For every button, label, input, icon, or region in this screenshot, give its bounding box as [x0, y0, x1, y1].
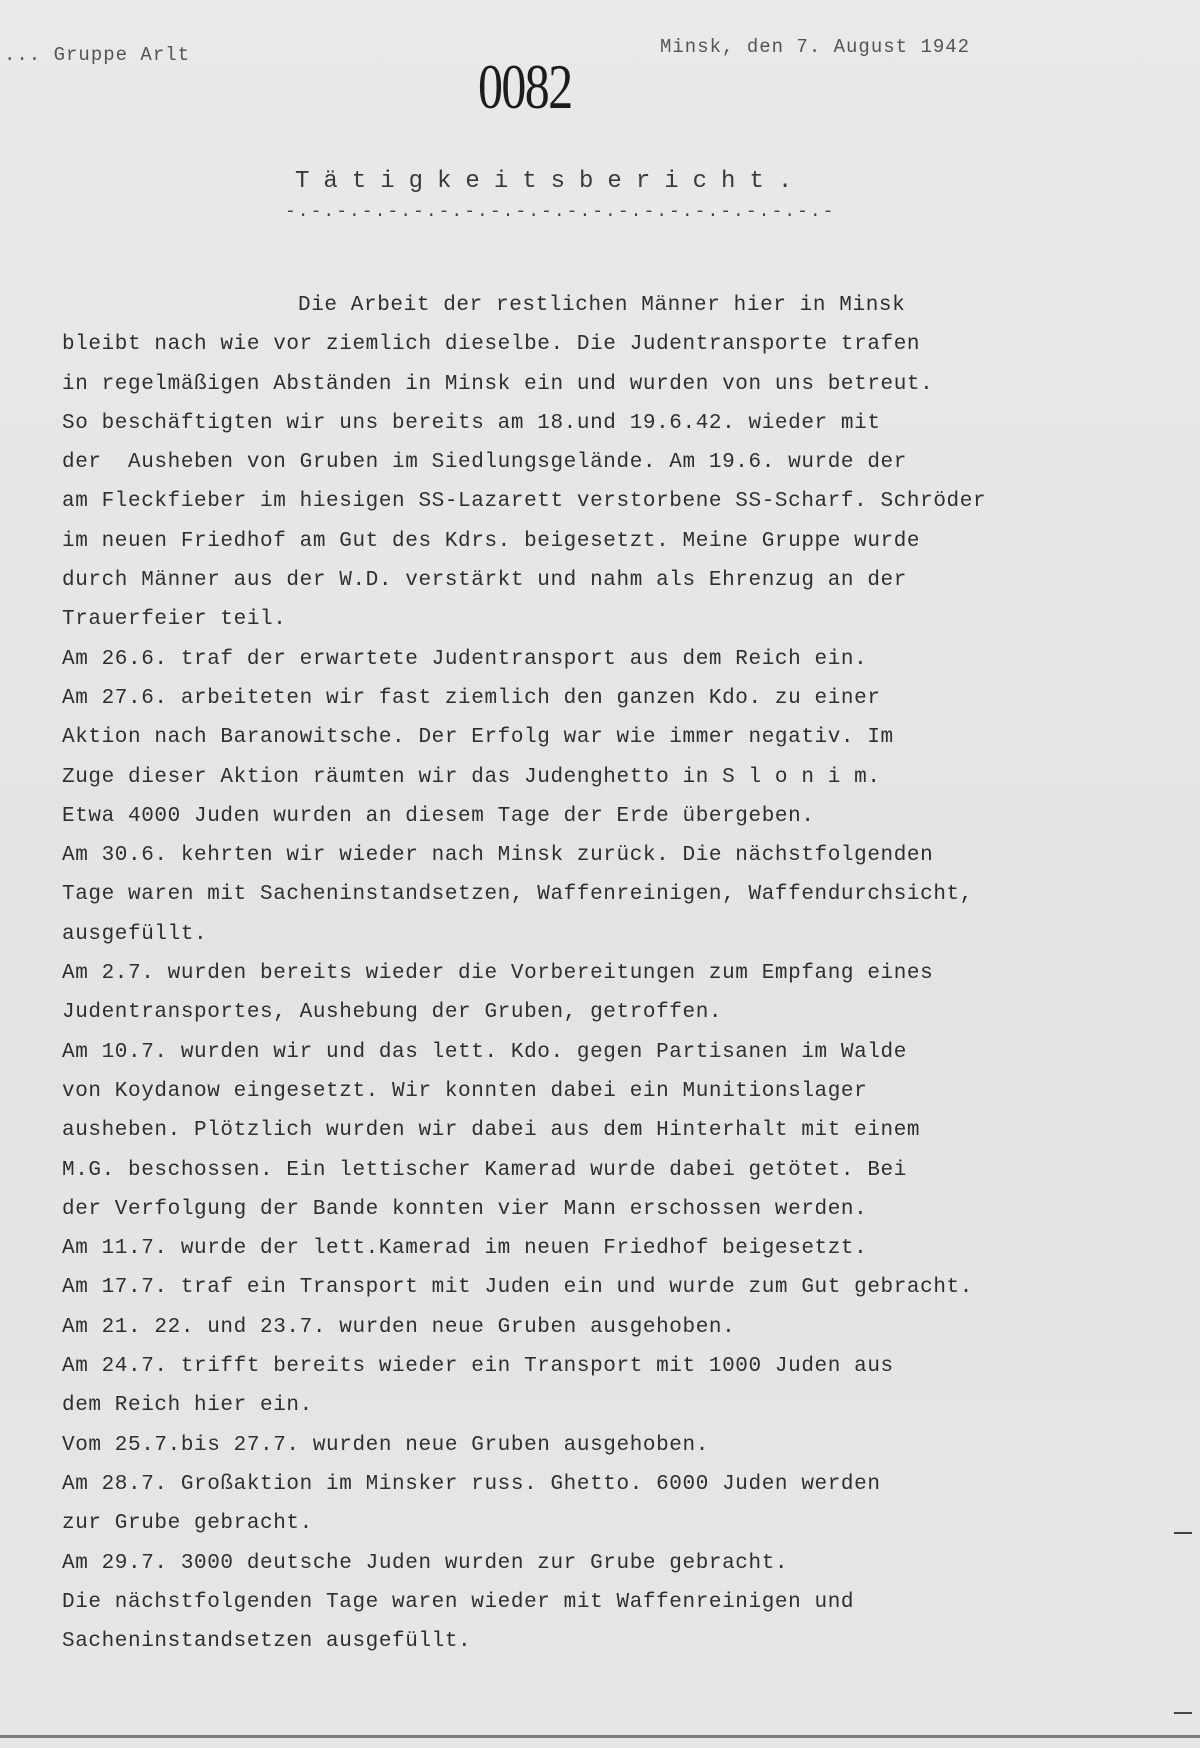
text-line: Am 2.7. wurden bereits wieder die Vorber…	[62, 954, 1182, 993]
scanned-document-page: ... Gruppe Arlt 0082 Minsk, den 7. Augus…	[0, 0, 1200, 1748]
text-line: der Verfolgung der Bande konnten vier Ma…	[62, 1190, 1182, 1229]
text-line: bleibt nach wie vor ziemlich dieselbe. D…	[62, 325, 1182, 364]
text-line: Am 21. 22. und 23.7. wurden neue Gruben …	[62, 1308, 1182, 1347]
text-line: Am 17.7. traf ein Transport mit Juden ei…	[62, 1268, 1182, 1307]
text-line: Am 28.7. Großaktion im Minsker russ. Ghe…	[62, 1465, 1182, 1504]
text-line: So beschäftigten wir uns bereits am 18.u…	[62, 404, 1182, 443]
text-line: Am 24.7. trifft bereits wieder ein Trans…	[62, 1347, 1182, 1386]
text-line: Die nächstfolgenden Tage waren wieder mi…	[62, 1583, 1182, 1622]
page-bottom-edge	[0, 1735, 1200, 1738]
margin-mark	[1174, 1712, 1192, 1714]
title-underline: -.-.-.-.-.-.-.-.-.-.-.-.-.-.-.-.-.-.-.-.…	[285, 202, 835, 222]
place-date-line: Minsk, den 7. August 1942	[660, 36, 970, 58]
text-line: durch Männer aus der W.D. verstärkt und …	[62, 561, 1182, 600]
archive-stamp-number: 0082	[478, 50, 572, 124]
text-line: in regelmäßigen Abständen in Minsk ein u…	[62, 365, 1182, 404]
text-line: Etwa 4000 Juden wurden an diesem Tage de…	[62, 797, 1182, 836]
text-line: Zuge dieser Aktion räumten wir das Juden…	[62, 758, 1182, 797]
text-line: am Fleckfieber im hiesigen SS-Lazarett v…	[62, 482, 1182, 521]
margin-mark	[1174, 1532, 1192, 1534]
text-line: Am 27.6. arbeiteten wir fast ziemlich de…	[62, 679, 1182, 718]
document-title: Tätigkeitsbericht.	[295, 168, 806, 195]
text-line: Am 29.7. 3000 deutsche Juden wurden zur …	[62, 1544, 1182, 1583]
sender-header: ... Gruppe Arlt	[4, 44, 190, 66]
text-line: dem Reich hier ein.	[62, 1386, 1182, 1425]
text-line: ausgefüllt.	[62, 915, 1182, 954]
text-line: von Koydanow eingesetzt. Wir konnten dab…	[62, 1072, 1182, 1111]
text-line: Tage waren mit Sacheninstandsetzen, Waff…	[62, 875, 1182, 914]
text-line: M.G. beschossen. Ein lettischer Kamerad …	[62, 1151, 1182, 1190]
text-line: Am 30.6. kehrten wir wieder nach Minsk z…	[62, 836, 1182, 875]
text-line: Vom 25.7.bis 27.7. wurden neue Gruben au…	[62, 1426, 1182, 1465]
text-line: ausheben. Plötzlich wurden wir dabei aus…	[62, 1111, 1182, 1150]
text-line: zur Grube gebracht.	[62, 1504, 1182, 1543]
text-line: Judentransportes, Aushebung der Gruben, …	[62, 993, 1182, 1032]
text-line: Trauerfeier teil.	[62, 600, 1182, 639]
text-line: Aktion nach Baranowitsche. Der Erfolg wa…	[62, 718, 1182, 757]
text-line: Am 26.6. traf der erwartete Judentranspo…	[62, 640, 1182, 679]
text-line: Sacheninstandsetzen ausgefüllt.	[62, 1622, 1182, 1661]
text-line: Am 11.7. wurde der lett.Kamerad im neuen…	[62, 1229, 1182, 1268]
report-body: Die Arbeit der restlichen Männer hier in…	[62, 286, 1182, 1661]
text-line: im neuen Friedhof am Gut des Kdrs. beige…	[62, 522, 1182, 561]
text-line: der Ausheben von Gruben im Siedlungsgelä…	[62, 443, 1182, 482]
text-line: Die Arbeit der restlichen Männer hier in…	[62, 286, 1182, 325]
text-line: Am 10.7. wurden wir und das lett. Kdo. g…	[62, 1033, 1182, 1072]
